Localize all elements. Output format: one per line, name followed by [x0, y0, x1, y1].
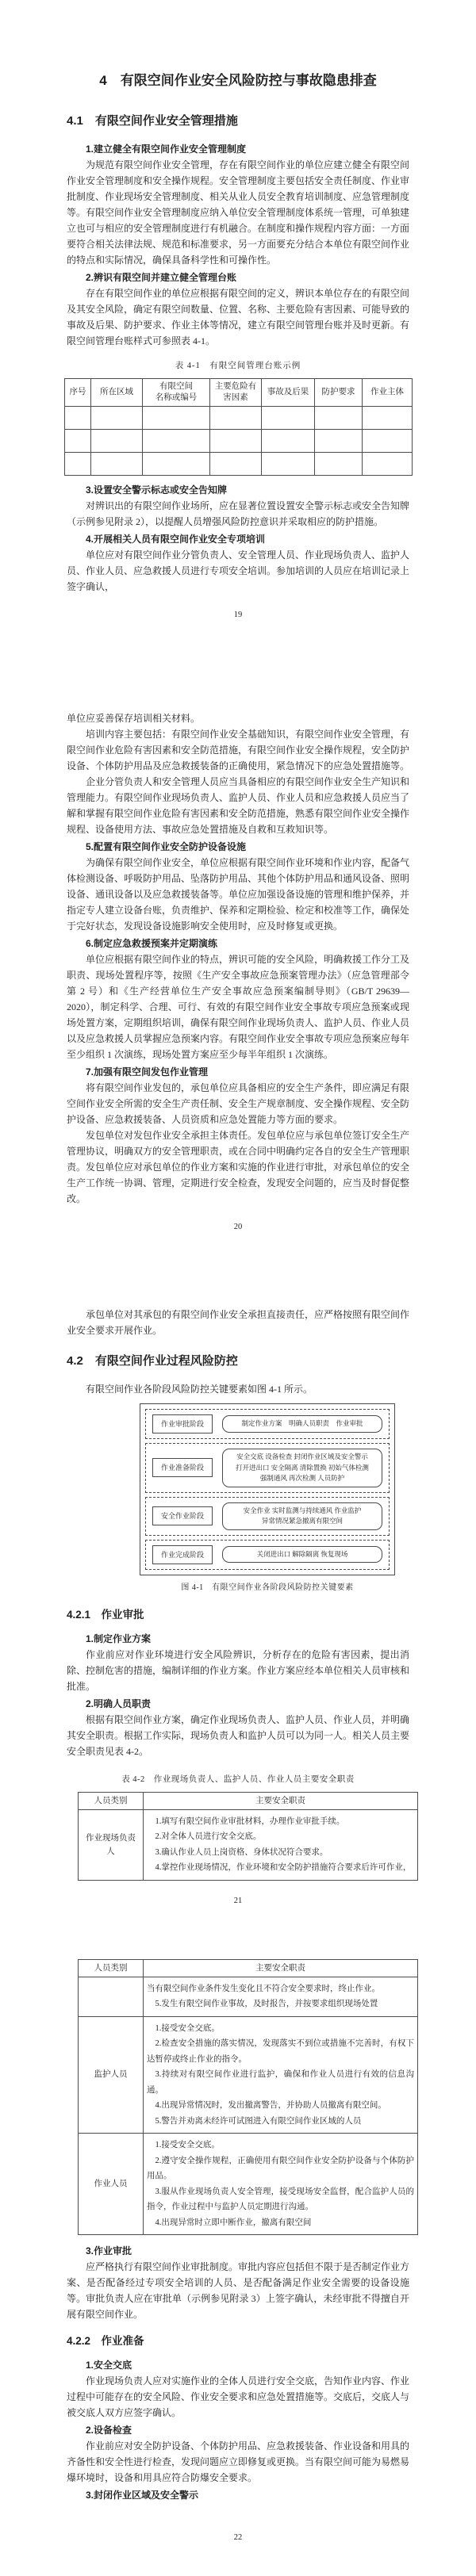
table-row: 作业现场负责人 1.填写有限空间作业审批材料，办理作业审批手续。 2.对全体人员…	[79, 1809, 418, 1880]
body-paragraph: 根据有限空间作业方案，确定作业现场负责人、监护人员、作业人员，并明确其安全职责。…	[67, 1712, 409, 1759]
stage-box: 作业准备阶段	[152, 1458, 213, 1477]
empty-cell	[315, 430, 363, 453]
empty-cell	[363, 430, 413, 453]
table-row: 作业人员 1.接受安全交底。 2.遵守安全操作规程，正确使用有限空间作业安全防护…	[79, 2134, 418, 2235]
empty-cell	[65, 430, 91, 453]
item-heading-4: 4.开展相关人员有限空间作业安全专项培训	[67, 531, 409, 547]
duty-item: 2.对全体人员进行安全交底。	[147, 1829, 414, 1845]
chapter-title: 4 有限空间作业安全风险防控与事故隐患排查	[67, 71, 409, 90]
column-header: 人员类别	[79, 1792, 144, 1809]
body-paragraph: 存在有限空间作业的单位应根据有限空间的定义，辨识本单位存在的有限空间及其安全风险…	[67, 285, 409, 349]
section-heading-4-2: 4.2 有限空间作业过程风险防控	[67, 1353, 409, 1370]
duties-cell: 1.接受安全交底。 2.遵守安全操作规程，正确使用有限空间作业安全防护设备与个体…	[144, 2134, 418, 2235]
duty-item: 3.服从作业现场负责人安全管理，接受现场安全监督，配合监护人员的指令，作业过程中…	[147, 2184, 414, 2215]
duties-cell: 当有限空间作业条件发生变化且不符合安全要求时，终止作业。 5.发生有限空间作业事…	[144, 1977, 418, 2016]
item-heading-6: 6.制定应急救援预案并定期演练	[67, 936, 409, 951]
role-cell: 作业人员	[79, 2134, 144, 2235]
empty-cell	[363, 407, 413, 430]
duty-item: 1.填写有限空间作业审批材料，办理作业审批手续。	[147, 1814, 414, 1830]
body-paragraph: 单位应妥善保存培训相关材料。	[67, 710, 409, 726]
item-heading-1: 1.建立健全有限空间作业安全管理制度	[67, 141, 409, 157]
stage-item-line: 关闭进出口 解除隔离 恢复现场	[225, 1549, 380, 1560]
page-number-20: 20	[67, 1221, 409, 1234]
stage-items-box: 关闭进出口 解除隔离 恢复现场	[222, 1546, 382, 1564]
empty-cell	[65, 453, 91, 476]
item-heading-3: 3.封闭作业区域及安全警示	[67, 2487, 409, 2503]
body-paragraph: 单位应对有限空间作业分管负责人、安全管理人员、作业现场负责人、监护人员、作业人员…	[67, 547, 409, 595]
stage-item-line: 制定作业方案 明确人员职责 作业审批	[225, 1418, 380, 1430]
column-header: 主要安全职责	[144, 1792, 418, 1809]
duty-item: 2.遵守安全操作规程，正确使用有限空间作业安全防护设备与个体防护用品。	[147, 2153, 414, 2184]
stage-item-line: 异常情况紧急撤离有限空间	[225, 1516, 380, 1527]
duty-item: 5.警告并劝离未经许可试图进入有限空间作业区域的人员	[147, 2114, 414, 2130]
empty-cell	[91, 407, 143, 430]
empty-cell	[262, 453, 315, 476]
table-row	[65, 430, 413, 453]
table-row: 当有限空间作业条件发生变化且不符合安全要求时，终止作业。 5.发生有限空间作业事…	[79, 1977, 418, 2016]
empty-cell	[65, 407, 91, 430]
stage-items-box: 制定作业方案 明确人员职责 作业审批	[222, 1415, 382, 1433]
body-paragraph: 应严格执行有限空间作业审批制度。审批内容应包括但不限于是否制定作业方案、是否配备…	[67, 2259, 409, 2322]
column-header: 所在区域	[91, 379, 143, 407]
table-header-row: 人员类别 主要安全职责	[79, 1792, 418, 1809]
page-break-gap	[67, 1234, 409, 1307]
duty-item: 1.接受安全交底。	[147, 2021, 414, 2037]
table-header-row: 人员类别 主要安全职责	[79, 1959, 418, 1977]
page-number-22: 22	[67, 2532, 409, 2544]
table-row	[65, 407, 413, 430]
body-paragraph: 为规范有限空间作业安全管理，存在有限空间作业的单位应建立健全有限空间作业安全管理…	[67, 157, 409, 268]
document-page: 4 有限空间作业安全风险防控与事故隐患排查 4.1 有限空间作业安全管理措施 1…	[0, 0, 476, 2576]
empty-cell	[143, 407, 210, 430]
column-header: 有限空间 名称或编号	[143, 379, 210, 407]
item-heading-1: 1.安全交底	[67, 2357, 409, 2373]
body-paragraph: 发包单位对发包作业安全承担主体责任。发包单位应与承包单位签订安全生产管理协议，明…	[67, 1127, 409, 1207]
body-paragraph: 作业前应对作业环境进行安全风险辨识，分析存在的危险有害因素，提出消除、控制危害的…	[67, 1647, 409, 1694]
duty-continuation: 当有限空间作业条件发生变化且不符合安全要求时，终止作业。	[147, 1981, 414, 1997]
duties-cell: 1.填写有限空间作业审批材料，办理作业审批手续。 2.对全体人员进行安全交底。 …	[144, 1809, 418, 1880]
empty-cell	[143, 430, 210, 453]
item-heading-3: 3.作业审批	[67, 2243, 409, 2259]
stage-item-line: 安全作业 实时监测与持续通风 作业监护	[225, 1506, 380, 1517]
column-header: 序号	[65, 379, 91, 407]
stage-item-line: 打开进出口 安全隔离 清除置换 初始气体检测	[225, 1463, 380, 1474]
body-paragraph: 为确保有限空间作业安全，单位应根据有限空间作业环境和作业内容，配备气体检测设备、…	[67, 855, 409, 934]
role-cell-empty	[79, 1977, 144, 2016]
body-paragraph: 作业前应对安全防护设备、个体防护用品、应急救援装备、作业设备和用具的齐备性和安全…	[67, 2438, 409, 2486]
empty-cell	[210, 453, 262, 476]
table-row	[65, 453, 413, 476]
empty-cell	[91, 453, 143, 476]
empty-cell	[143, 453, 210, 476]
table-header-row: 序号 所在区域 有限空间 名称或编号 主要危险有 害因素 事故及后果 防护要求 …	[65, 379, 413, 407]
empty-cell	[315, 453, 363, 476]
item-heading-7: 7.加强有限空间发包作业管理	[67, 1064, 409, 1080]
body-paragraph: 培训内容主要包括：有限空间作业安全基础知识，有限空间作业安全管理，有限空间作业危…	[67, 726, 409, 774]
body-paragraph: 对辨识出的有限空间作业场所，应在显著位置设置安全警示标志或安全告知牌（示例参见附…	[67, 498, 409, 530]
empty-cell	[315, 407, 363, 430]
duty-item: 1.接受安全交底。	[147, 2138, 414, 2153]
item-heading-5: 5.配置有限空间作业安全防护设备设施	[67, 839, 409, 855]
figure-stage-row: 作业完成阶段 关闭进出口 解除隔离 恢复现场	[145, 1540, 390, 1570]
table-4-2-part2: 人员类别 主要安全职责 当有限空间作业条件发生变化且不符合安全要求时，终止作业。…	[78, 1959, 418, 2236]
duty-item: 3.持续对有限空间作业进行监护，确保和作业人员进行有效的信息沟通。	[147, 2067, 414, 2098]
empty-cell	[262, 407, 315, 430]
item-heading-2: 2.明确人员职责	[67, 1696, 409, 1712]
section-heading-4-2-2: 4.2.2 作业准备	[67, 2333, 409, 2349]
body-paragraph: 将有限空间作业发包的，承包单位应具备相应的安全生产条件，即应满足有限空间作业安全…	[67, 1080, 409, 1127]
duty-item: 5.发生有限空间作业事故，及时报告，并按要求组织现场处置	[147, 1996, 414, 2012]
section-heading-4-1: 4.1 有限空间作业安全管理措施	[67, 113, 409, 130]
figure-4-1: 作业审批阶段 制定作业方案 明确人员职责 作业审批 作业准备阶段 安全交底 设备…	[140, 1403, 395, 1575]
item-heading-1: 1.制定作业方案	[67, 1631, 409, 1647]
duty-item: 4.掌控作业现场情况，作业环境和安全防护措施符合要求后许可作业，	[147, 1860, 414, 1876]
figure-stage-row: 安全作业阶段 安全作业 实时监测与持续通风 作业监护 异常情况紧急撤离有限空间	[145, 1497, 390, 1536]
page-number-21: 21	[67, 1895, 409, 1908]
duties-cell: 1.接受安全交底。 2.检查安全措施的落实情况，发现落实不到位或措施不完善时，有…	[144, 2016, 418, 2134]
stage-items-box: 安全交底 设备检查 封闭作业区域及安全警示 打开进出口 安全隔离 清除置换 初始…	[222, 1449, 382, 1487]
stage-box: 作业审批阶段	[152, 1414, 213, 1433]
stage-items-box: 安全作业 实时监测与持续通风 作业监护 异常情况紧急撤离有限空间	[222, 1502, 382, 1530]
column-header: 作业主体	[363, 379, 413, 407]
body-paragraph: 承包单位对其承包的有限空间作业安全承担直接责任，应严格按照有限空间作业安全要求开…	[67, 1307, 409, 1338]
item-heading-2: 2.设备检查	[67, 2422, 409, 2438]
stage-box: 作业完成阶段	[152, 1545, 213, 1564]
item-heading-2: 2.辨识有限空间并建立健全管理台账	[67, 270, 409, 285]
column-header: 人员类别	[79, 1959, 144, 1977]
figure-stage-row: 作业审批阶段 制定作业方案 明确人员职责 作业审批	[145, 1409, 390, 1439]
figure-intro: 有限空间作业各阶段风险防控关键要素如图 4-1 所示。	[67, 1381, 409, 1397]
table-4-1: 序号 所在区域 有限空间 名称或编号 主要危险有 害因素 事故及后果 防护要求 …	[64, 378, 413, 476]
stage-item-line: 安全交底 设备检查 封闭作业区域及安全警示	[225, 1452, 380, 1463]
column-header: 主要安全职责	[144, 1959, 418, 1977]
empty-cell	[262, 430, 315, 453]
page-break-gap	[67, 1908, 409, 1955]
empty-cell	[363, 453, 413, 476]
stage-box: 安全作业阶段	[152, 1506, 213, 1525]
section-heading-4-2-1: 4.2.1 作业审批	[67, 1607, 409, 1623]
empty-cell	[91, 430, 143, 453]
figure-stage-row: 作业准备阶段 安全交底 设备检查 封闭作业区域及安全警示 打开进出口 安全隔离 …	[145, 1443, 390, 1493]
item-heading-3: 3.设置安全警示标志或安全告知牌	[67, 482, 409, 498]
table-row: 监护人员 1.接受安全交底。 2.检查安全措施的落实情况，发现落实不到位或措施不…	[79, 2016, 418, 2134]
stage-item-line: 强制通风 再次检测 人员防护	[225, 1473, 380, 1484]
column-header: 主要危险有 害因素	[210, 379, 262, 407]
figure-4-1-caption: 图 4-1 有限空间作业各阶段风险防控关键要素	[140, 1580, 395, 1596]
body-paragraph: 单位应根据有限空间作业的特点，辨识可能的安全风险，明确救援工作分工及职责、现场处…	[67, 951, 409, 1062]
table-4-2-part1: 人员类别 主要安全职责 作业现场负责人 1.填写有限空间作业审批材料，办理作业审…	[78, 1792, 418, 1881]
table-4-2-caption: 表 4-2 作业现场负责人、监护人员、作业人员主要安全职责	[67, 1772, 409, 1788]
duty-item: 3.确认作业人员上岗资格、身体状况符合要求。	[147, 1845, 414, 1861]
page-break-gap	[67, 622, 409, 710]
role-cell: 监护人员	[79, 2016, 144, 2134]
body-paragraph: 企业分管负责人和安全管理人员应当具备相应的有限空间作业安全生产知识和管理能力。有…	[67, 774, 409, 837]
duty-item: 4.出现异常情况时，发出撤离警告，并协助人员撤离有限空间。	[147, 2098, 414, 2114]
page-number-19: 19	[67, 609, 409, 622]
table-4-1-caption: 表 4-1 有限空间管理台账示例	[67, 358, 409, 374]
duty-item: 4.出现异常时立即中断作业，撤离有限空间	[147, 2215, 414, 2231]
empty-cell	[210, 430, 262, 453]
body-paragraph: 作业现场负责人应对实施作业的全体人员进行安全交底，告知作业内容、作业过程中可能存…	[67, 2373, 409, 2421]
column-header: 防护要求	[315, 379, 363, 407]
role-cell: 作业现场负责人	[79, 1809, 144, 1880]
column-header: 事故及后果	[262, 379, 315, 407]
empty-cell	[210, 407, 262, 430]
duty-item: 2.检查安全措施的落实情况，发现落实不到位或措施不完善时，有权下达暂停或终止作业…	[147, 2036, 414, 2067]
